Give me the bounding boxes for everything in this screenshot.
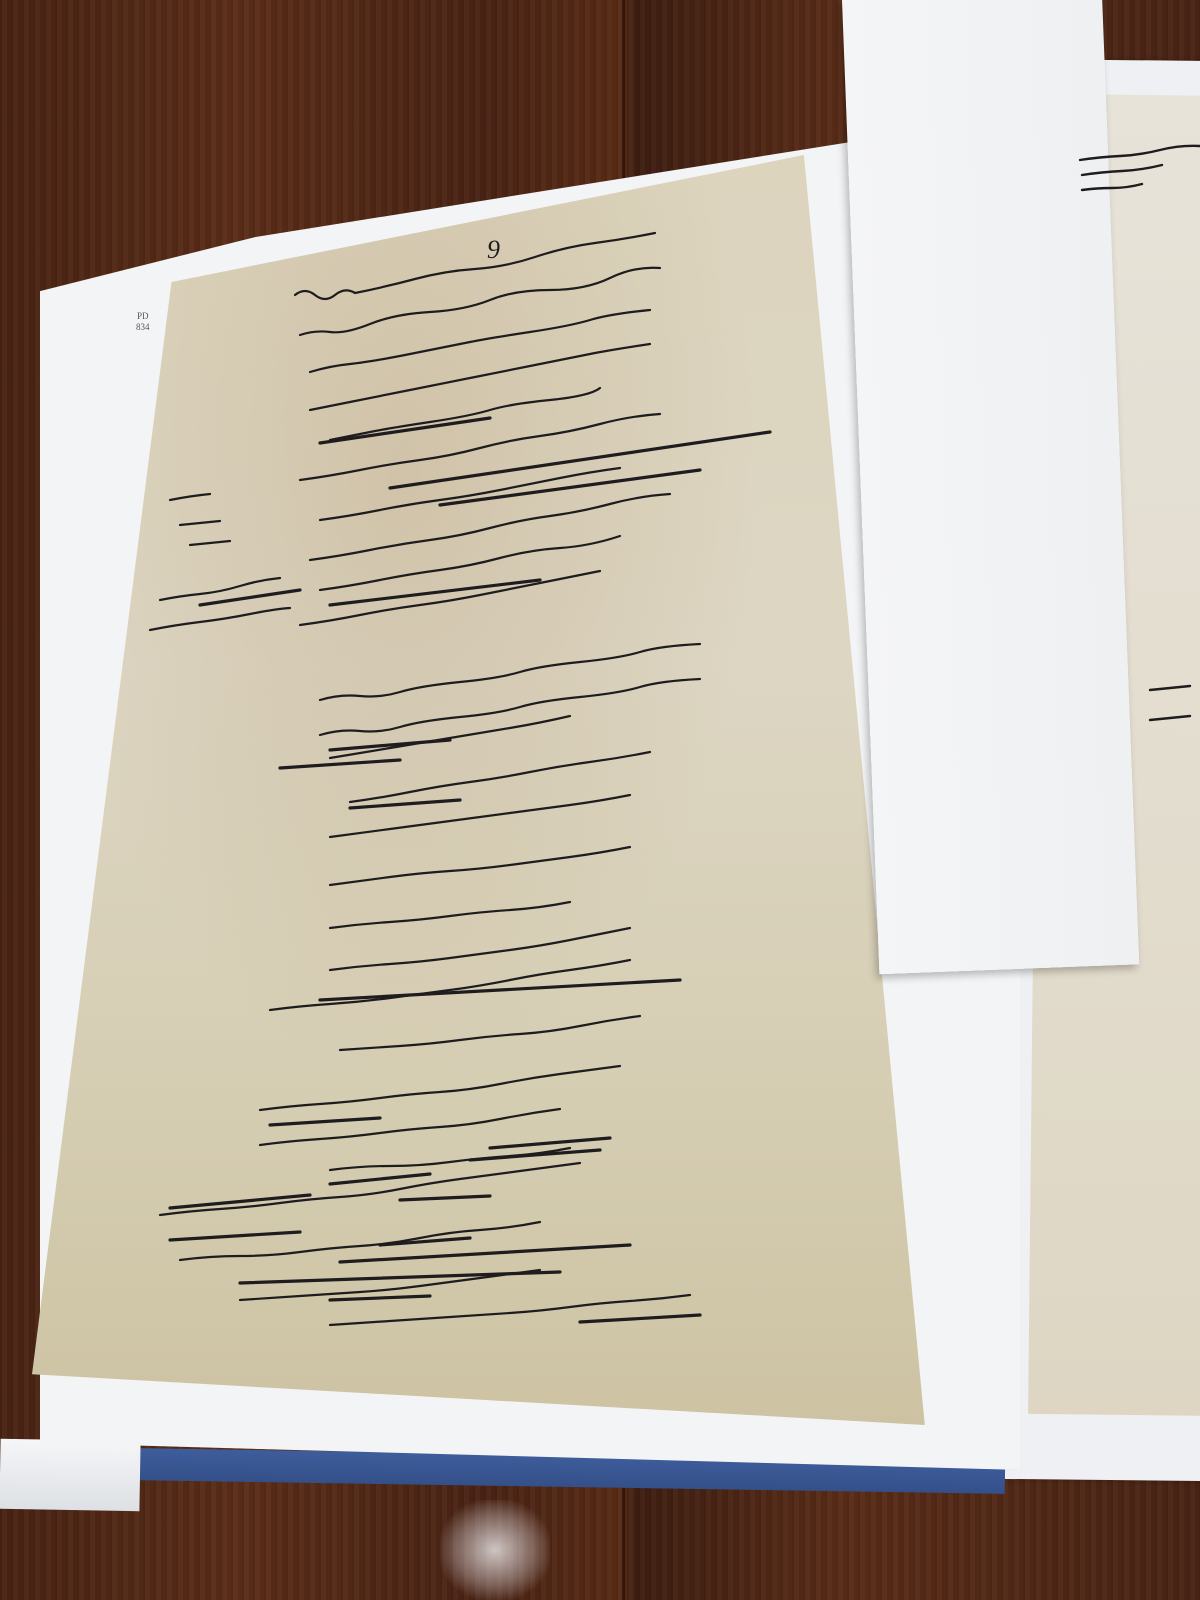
archive-margin-label: PD 834 [136, 311, 150, 333]
bookmark-slip [842, 0, 1139, 974]
table-glare [440, 1500, 550, 1600]
margin-label-line1: PD [136, 311, 150, 322]
margin-label-line2: 834 [136, 322, 150, 333]
book-page-edge [0, 1439, 141, 1511]
